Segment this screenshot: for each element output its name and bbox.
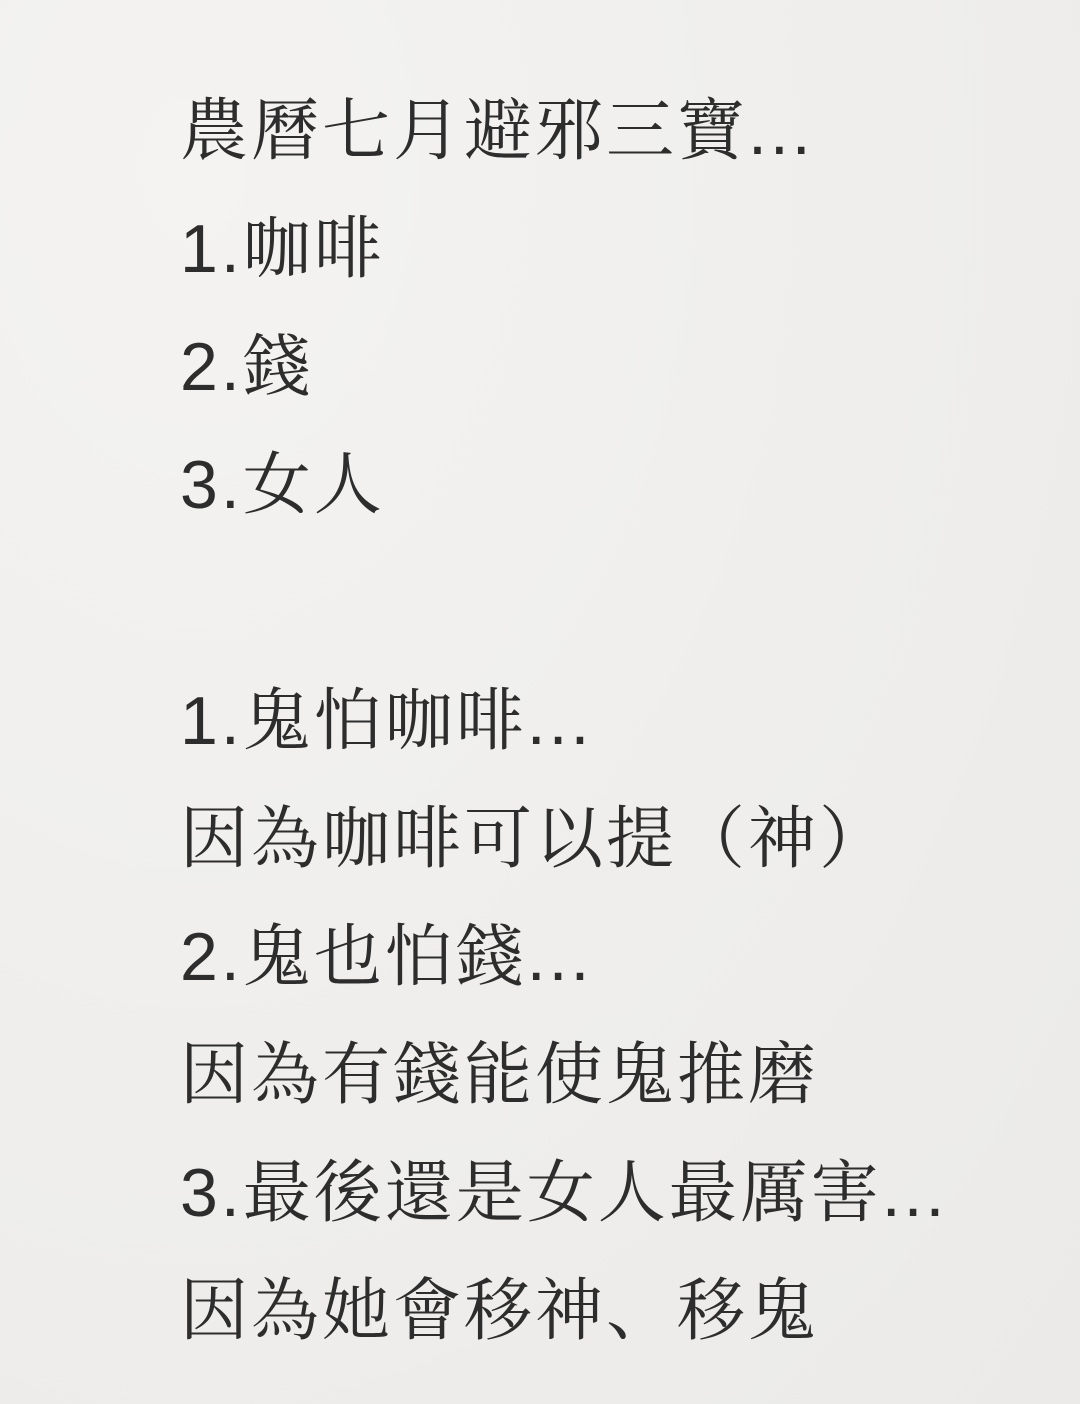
list-item-coffee: 1.咖啡: [180, 190, 1040, 308]
section-explanations: 1.鬼怕咖啡... 因為咖啡可以提（神） 2.鬼也怕錢... 因為有錢能使鬼推磨…: [180, 662, 1040, 1370]
meme-text-block: 農曆七月避邪三寶... 1.咖啡 2.錢 3.女人 1.鬼怕咖啡... 因為咖啡…: [180, 72, 1040, 1370]
explain-coffee-heading: 1.鬼怕咖啡...: [180, 662, 1040, 780]
title-line: 農曆七月避邪三寶...: [180, 72, 1040, 190]
explain-woman-reason: 因為她會移神、移鬼: [180, 1252, 1040, 1370]
section-three-treasures: 農曆七月避邪三寶... 1.咖啡 2.錢 3.女人: [180, 72, 1040, 544]
explain-money-heading: 2.鬼也怕錢...: [180, 898, 1040, 1016]
explain-money-reason: 因為有錢能使鬼推磨: [180, 1016, 1040, 1134]
explain-coffee-reason: 因為咖啡可以提（神）: [180, 780, 1040, 898]
list-item-woman: 3.女人: [180, 426, 1040, 544]
list-item-money: 2.錢: [180, 308, 1040, 426]
explain-woman-heading: 3.最後還是女人最厲害...: [180, 1134, 1040, 1252]
blank-line: [180, 544, 1040, 662]
